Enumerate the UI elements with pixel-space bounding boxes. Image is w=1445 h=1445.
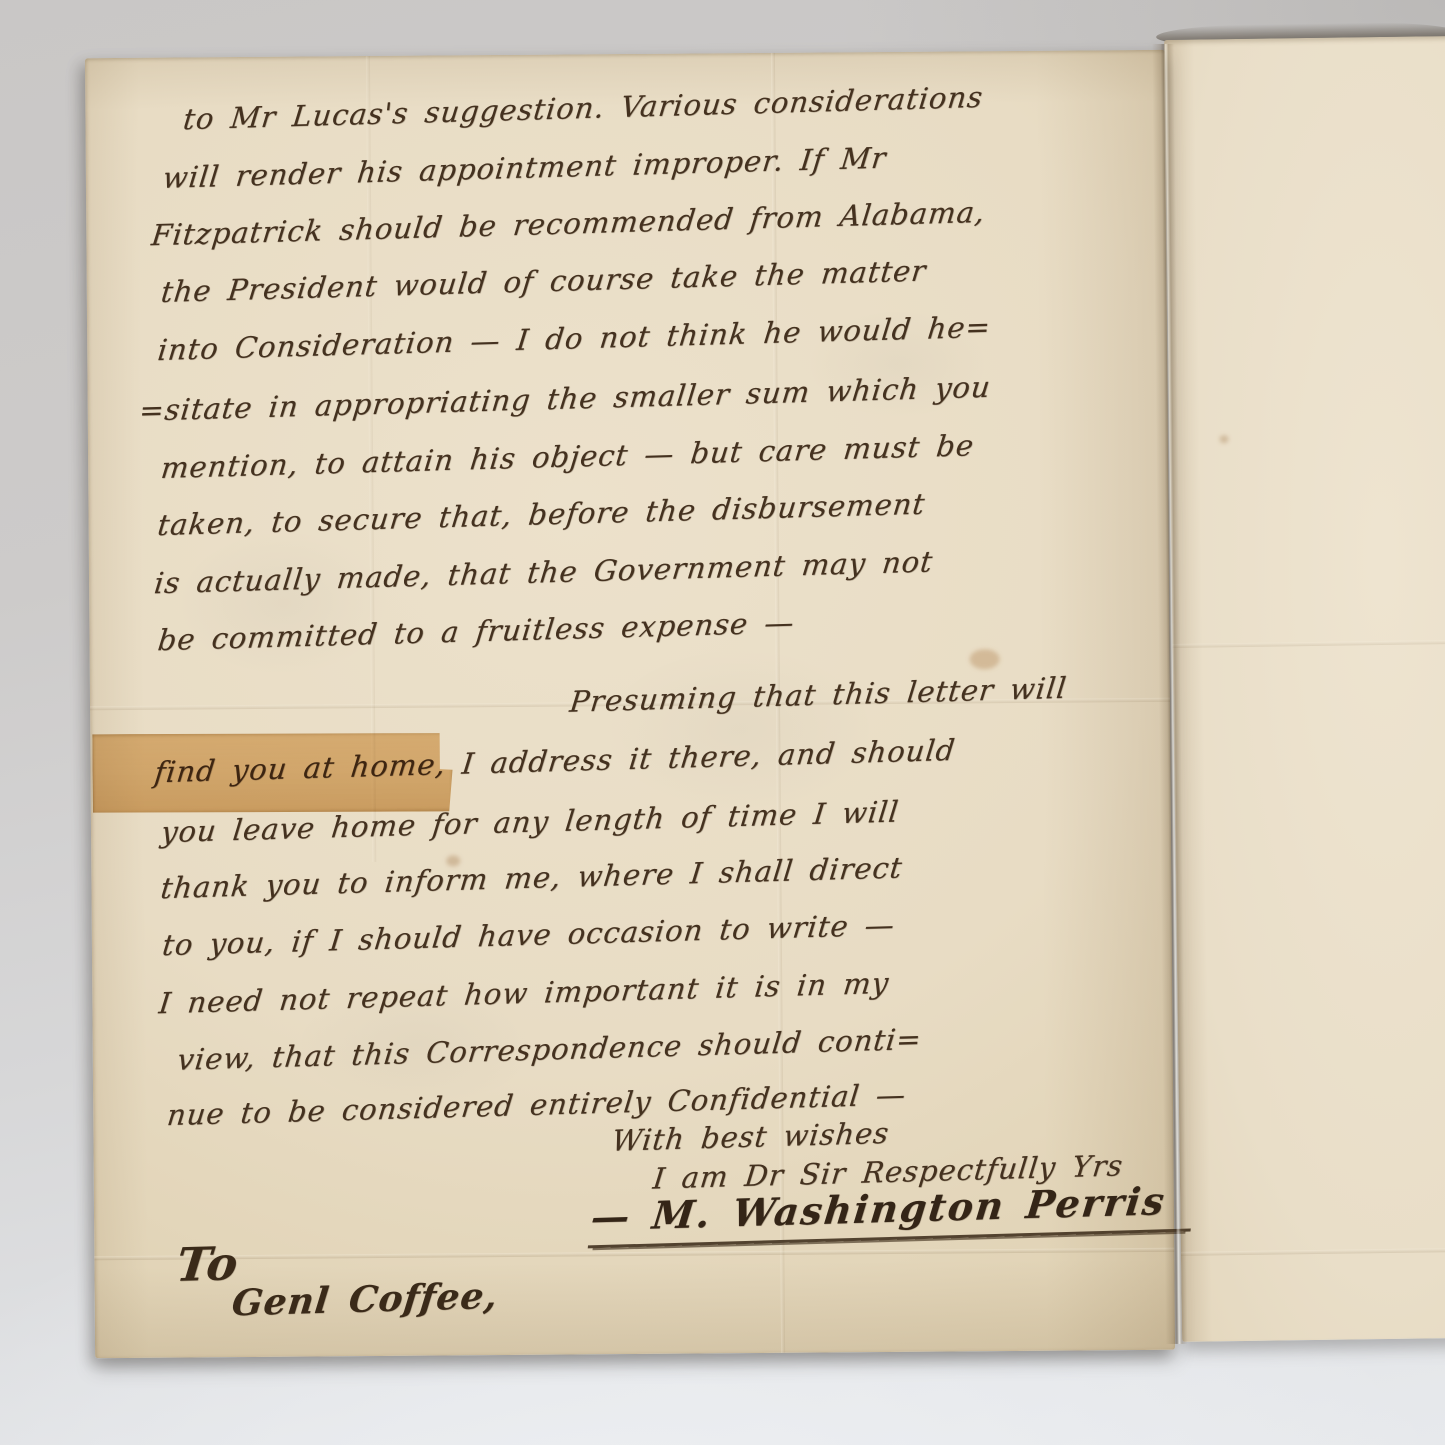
handwritten-line: to you, if I should have occasion to wri… (161, 908, 897, 963)
paper-stain (1220, 435, 1229, 443)
handwritten-line: will render his appointment improper. If… (161, 141, 888, 195)
handwritten-line: I need not repeat how important it is in… (157, 966, 891, 1021)
closing-line: With best wishes (610, 1116, 891, 1158)
folded-blank-page (1164, 36, 1445, 1342)
handwritten-line: =sitate in appropriating the smaller sum… (138, 370, 993, 428)
fold-crease (1172, 640, 1445, 648)
handwritten-line: thank you to inform me, where I shall di… (159, 850, 904, 905)
handwritten-line: mention, to attain his object — but care… (159, 428, 976, 485)
handwritten-line: is actually made, that the Government ma… (152, 544, 934, 600)
letter-page: to Mr Lucas's suggestion. Various consid… (85, 50, 1175, 1358)
handwritten-line: taken, to secure that, before the disbur… (156, 487, 927, 543)
handwritten-line: to Mr Lucas's suggestion. Various consid… (182, 80, 986, 136)
handwritten-line: view, that this Correspondence should co… (176, 1022, 924, 1077)
handwriting-layer: to Mr Lucas's suggestion. Various consid… (82, 30, 1198, 1360)
tape-repair (92, 731, 453, 814)
handwritten-line: be committed to a fruitless expense — (156, 605, 796, 657)
fold-crease (1181, 1248, 1445, 1256)
addressee-prefix: To (174, 1236, 242, 1292)
handwritten-line: Fitzpatrick should be recommended from A… (150, 195, 987, 252)
photograph-of-handwritten-letter: to Mr Lucas's suggestion. Various consid… (0, 0, 1445, 1445)
handwritten-line: the President would of course take the m… (159, 253, 928, 308)
addressee: Genl Coffee, (230, 1275, 501, 1325)
handwritten-line: into Consideration — I do not think he w… (156, 310, 993, 367)
handwritten-line: Presuming that this letter will (568, 671, 1069, 719)
